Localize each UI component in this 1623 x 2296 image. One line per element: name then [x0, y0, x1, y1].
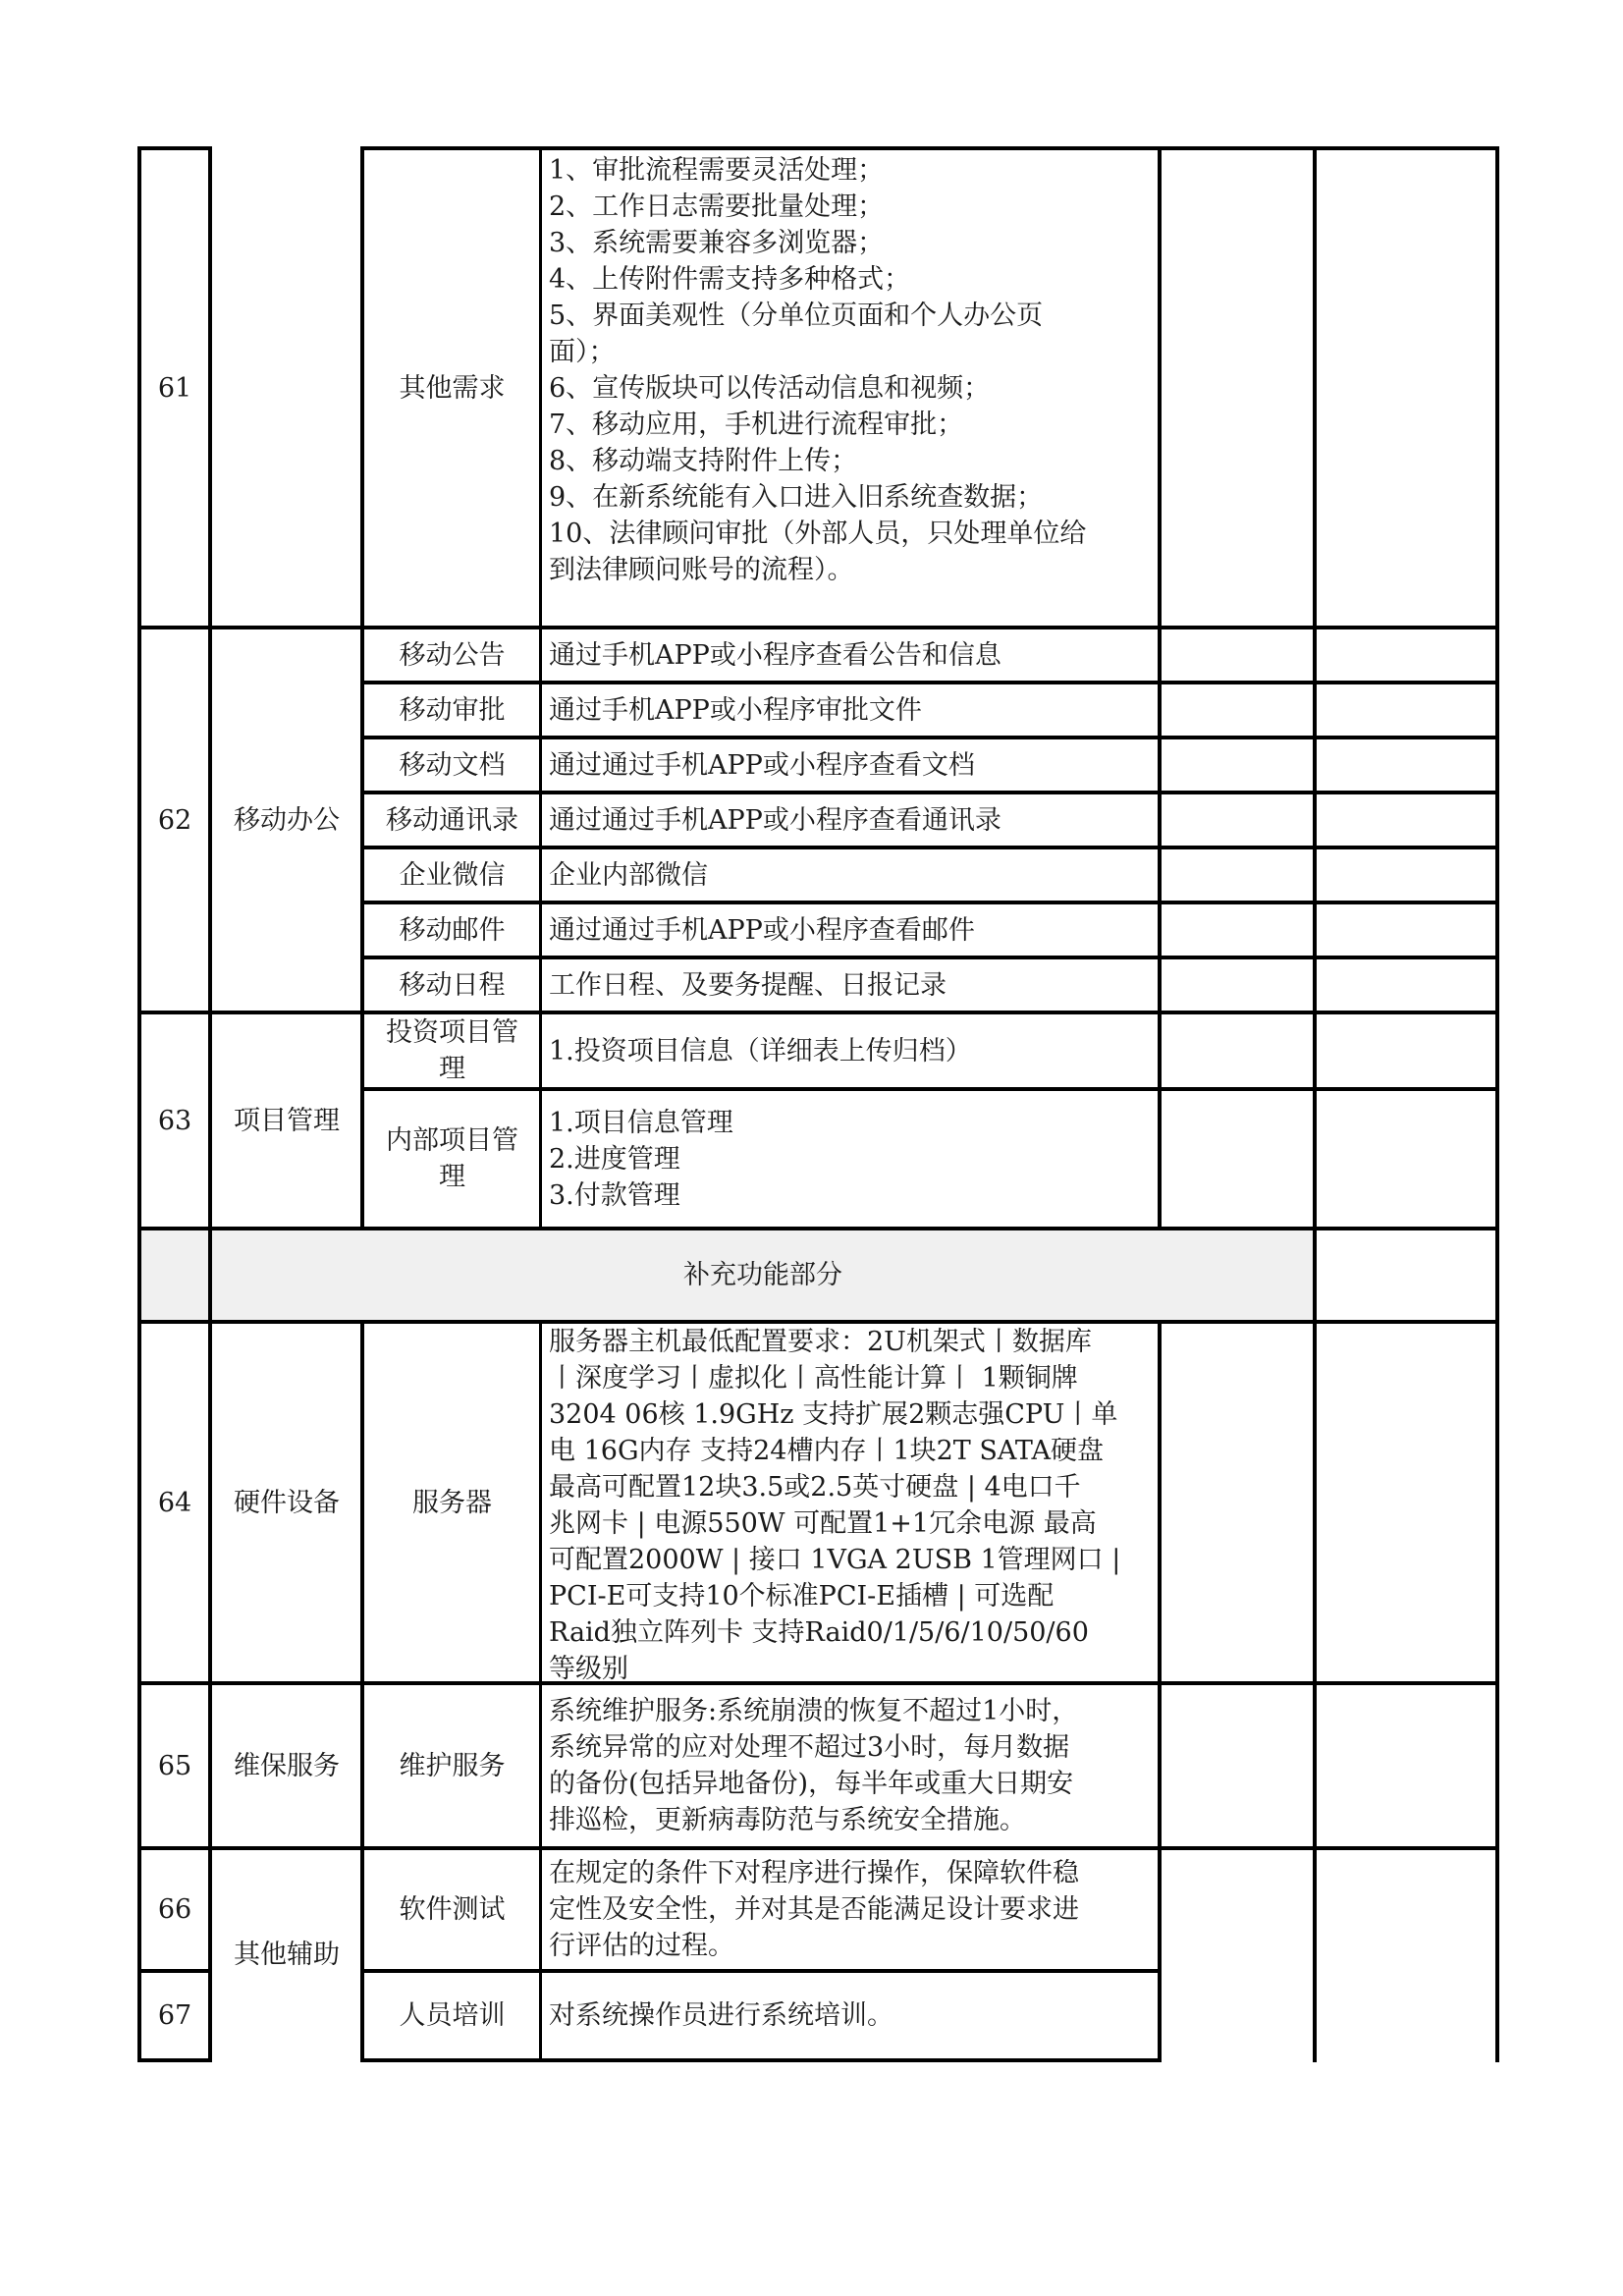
- description-line: 8、移动端支持附件上传；: [549, 443, 857, 479]
- item-name-line: 理: [439, 1159, 465, 1195]
- item-name-cell: 移动通讯录: [364, 793, 540, 847]
- item-name-cell: 移动文档: [364, 738, 540, 793]
- table-border: [539, 146, 542, 1230]
- description-line: 3、系统需要兼容多浏览器；: [549, 225, 884, 261]
- table-border: [360, 681, 1499, 684]
- table-border: [360, 901, 1499, 904]
- description-line: 排巡检，更新病毒防范与系统安全措施。: [549, 1802, 1026, 1838]
- description-line: PCI-E可支持10个标准PCI-E插槽 | 可选配: [549, 1578, 1054, 1614]
- description-line: 丨深度学习丨虚拟化丨高性能计算丨 1颗铜牌: [549, 1360, 1078, 1396]
- description-cell: 通过通过手机APP或小程序查看通讯录: [543, 793, 1159, 847]
- table-border: [137, 1011, 1499, 1014]
- description-line: 7、移动应用，手机进行流程审批；: [549, 407, 963, 443]
- description-line: 4、上传附件需支持多种格式；: [549, 261, 910, 298]
- description-line: 3.付款管理: [549, 1177, 680, 1214]
- description-line: 5、界面美观性（分单位页面和个人办公页: [549, 298, 1043, 334]
- table-border: [137, 146, 212, 150]
- description-cell: 通过通过手机APP或小程序查看邮件: [543, 902, 1159, 957]
- description-line: 可配置2000W | 接口 1VGA 2USB 1管理网口 |: [549, 1542, 1120, 1578]
- description-cell: 通过手机APP或小程序查看公告和信息: [543, 628, 1159, 683]
- description-cell: 通过通过手机APP或小程序查看文档: [543, 738, 1159, 793]
- description-line: 在规定的条件下对程序进行操作，保障软件稳: [549, 1855, 1079, 1891]
- description-cell: 1.投资项目信息（详细表上传归档）: [543, 1012, 1159, 1089]
- description-line: 面）；: [549, 334, 616, 370]
- description-line: 等级别: [549, 1651, 628, 1683]
- table-border: [1495, 146, 1499, 2062]
- description-cell: 1.项目信息管理 2.进度管理 3.付款管理: [543, 1089, 1159, 1229]
- table-border: [360, 791, 1499, 794]
- category-cell-66-67: 其他辅助: [212, 1848, 361, 2060]
- table-border: [361, 146, 1499, 150]
- seq-cell-64: 64: [140, 1322, 209, 1683]
- table-border: [360, 1320, 364, 2062]
- item-name-line: 内部项目管: [386, 1122, 518, 1159]
- item-name-cell: 移动邮件: [364, 902, 540, 957]
- table-border: [360, 1087, 1499, 1091]
- item-name-cell: 企业微信: [364, 847, 540, 902]
- description-cell: 工作日程、及要务提醒、日报记录: [543, 957, 1159, 1012]
- table-border: [137, 1846, 1499, 1850]
- description-cell-61: 1、审批流程需要灵活处理； 2、工作日志需要批量处理； 3、系统需要兼容多浏览器…: [543, 148, 1159, 628]
- table-border: [137, 1320, 1499, 1324]
- item-name-cell-64: 服务器: [364, 1322, 540, 1683]
- item-name-cell-67: 人员培训: [364, 1971, 540, 2060]
- table-border: [137, 2058, 212, 2062]
- table-border: [208, 146, 212, 2062]
- item-name-line: 投资项目管: [386, 1014, 518, 1051]
- seq-cell-63: 63: [140, 1012, 209, 1229]
- category-cell-63: 项目管理: [212, 1012, 361, 1229]
- description-line: 最高可配置12块3.5或2.5英寸硬盘 | 4电口千: [549, 1469, 1081, 1505]
- description-line: 3204 06核 1.9GHz 支持扩展2颗志强CPU丨单: [549, 1396, 1117, 1433]
- description-cell-65: 系统维护服务:系统崩溃的恢复不超过1小时， 系统异常的应对处理不超过3小时，每月…: [543, 1683, 1159, 1848]
- description-line: 到法律顾问账号的流程）。: [549, 552, 854, 588]
- item-name-line: 理: [439, 1051, 465, 1087]
- description-line: 10、法律顾问审批（外部人员，只处理单位给: [549, 516, 1086, 552]
- description-line: 行评估的过程。: [549, 1928, 734, 1964]
- table-border: [137, 1969, 212, 1973]
- table-border: [360, 736, 1499, 739]
- section-header-seq-cell: [140, 1229, 209, 1322]
- description-cell-64: 服务器主机最低配置要求：2U机架式丨数据库 丨深度学习丨虚拟化丨高性能计算丨 1…: [543, 1322, 1159, 1683]
- table-border: [137, 146, 141, 2062]
- table-border: [137, 1681, 1499, 1685]
- description-line: 服务器主机最低配置要求：2U机架式丨数据库: [549, 1324, 1092, 1360]
- table-border: [539, 1320, 542, 2062]
- table-border: [1158, 1320, 1162, 2062]
- description-cell-66: 在规定的条件下对程序进行操作，保障软件稳 定性及安全性，并对其是否能满足设计要求…: [543, 1848, 1159, 1971]
- description-line: 1.投资项目信息（详细表上传归档）: [549, 1033, 972, 1069]
- item-name-cell: 内部项目管 理: [364, 1089, 540, 1229]
- seq-cell-61: 61: [140, 148, 209, 628]
- item-name-cell: 移动日程: [364, 957, 540, 1012]
- description-line: 2、工作日志需要批量处理；: [549, 189, 884, 225]
- section-header: 补充功能部分: [212, 1229, 1314, 1322]
- description-line: 定性及安全性，并对其是否能满足设计要求进: [549, 1891, 1079, 1928]
- description-line: 1、审批流程需要灵活处理；: [549, 152, 884, 189]
- seq-cell-67: 67: [140, 1971, 209, 2060]
- item-name-cell-65: 维护服务: [364, 1683, 540, 1848]
- seq-cell-65: 65: [140, 1683, 209, 1848]
- description-line: 1.项目信息管理: [549, 1105, 733, 1141]
- description-line: 系统维护服务:系统崩溃的恢复不超过1小时，: [549, 1693, 1078, 1729]
- table-border: [360, 2058, 1162, 2062]
- seq-cell-62: 62: [140, 628, 209, 1012]
- description-line: 6、宣传版块可以传活动信息和视频；: [549, 370, 990, 407]
- table-border: [360, 1969, 1162, 1973]
- category-cell-62: 移动办公: [212, 628, 361, 1012]
- description-line: 系统异常的应对处理不超过3小时，每月数据: [549, 1729, 1069, 1766]
- description-line: 的备份(包括异地备份)，每半年或重大日期安: [549, 1766, 1073, 1802]
- item-name-cell: 移动公告: [364, 628, 540, 683]
- description-cell: 企业内部微信: [543, 847, 1159, 902]
- description-cell-67: 对系统操作员进行系统培训。: [543, 1971, 1159, 2060]
- description-line: 2.进度管理: [549, 1141, 680, 1177]
- item-name-cell: 移动审批: [364, 683, 540, 738]
- category-cell-65: 维保服务: [212, 1683, 361, 1848]
- description-line: 9、在新系统能有入口进入旧系统查数据；: [549, 479, 1043, 516]
- item-name-cell-61: 其他需求: [364, 148, 540, 628]
- item-name-cell-66: 软件测试: [364, 1848, 540, 1971]
- table-border: [360, 846, 1499, 849]
- table-border: [360, 956, 1499, 959]
- table-border: [137, 626, 1499, 629]
- seq-cell-66: 66: [140, 1848, 209, 1971]
- table-border: [137, 1227, 1499, 1230]
- description-cell: 通过手机APP或小程序审批文件: [543, 683, 1159, 738]
- description-line: 电 16G内存 支持24槽内存丨1块2T SATA硬盘: [549, 1433, 1104, 1469]
- description-line: 兆网卡 | 电源550W 可配置1+1冗余电源 最高: [549, 1505, 1097, 1542]
- table-border: [1158, 146, 1162, 1230]
- category-cell-64: 硬件设备: [212, 1322, 361, 1683]
- description-line: Raid独立阵列卡 支持Raid0/1/5/6/10/50/60: [549, 1614, 1089, 1651]
- table-border: [1313, 146, 1317, 2062]
- item-name-cell: 投资项目管 理: [364, 1012, 540, 1089]
- table-border: [360, 146, 364, 1230]
